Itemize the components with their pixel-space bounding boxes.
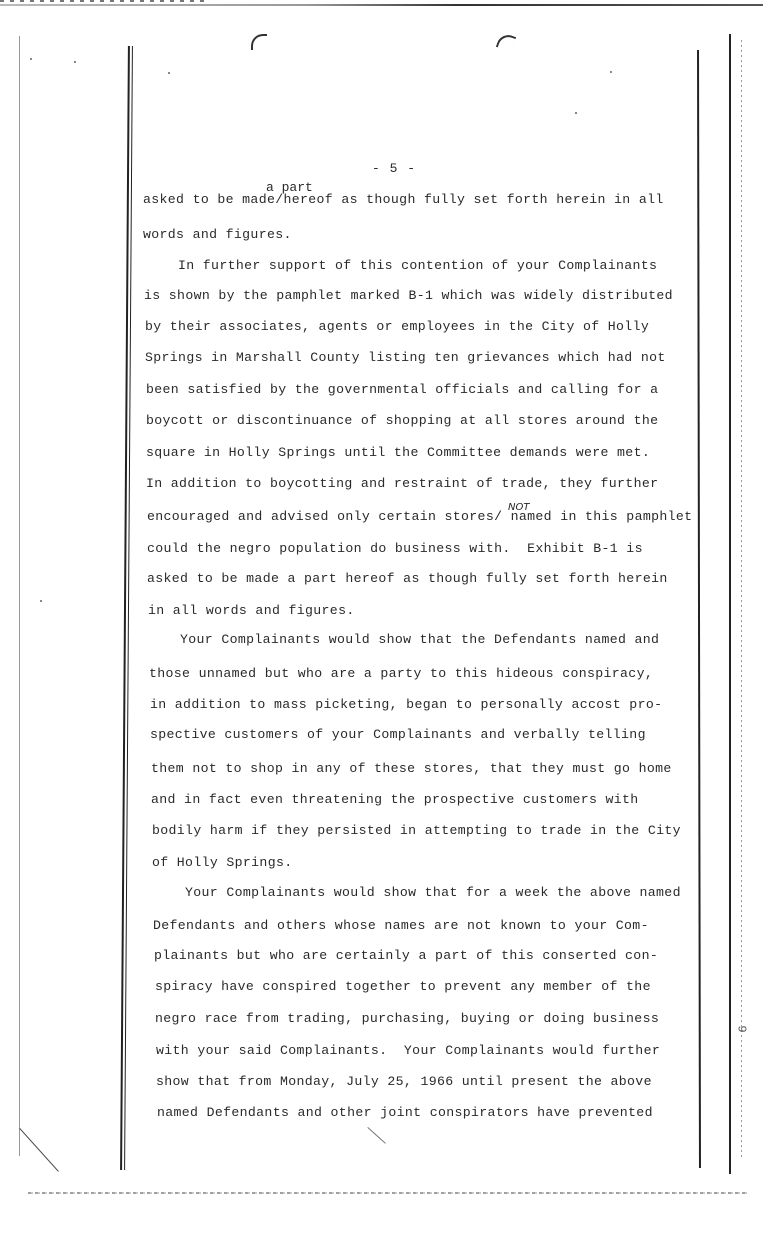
- binding-hole-mark-right: [496, 32, 517, 53]
- text-line: show that from Monday, July 25, 1966 unt…: [156, 1074, 652, 1089]
- text-line: words and figures.: [143, 227, 292, 242]
- binding-hole-mark-left: [251, 34, 267, 50]
- scan-diagonal-stroke: [19, 1128, 59, 1172]
- text-line: in addition to mass picketing, began to …: [150, 697, 662, 712]
- text-line: bodily harm if they persisted in attempt…: [152, 823, 681, 838]
- scan-mark: [367, 1127, 386, 1144]
- outer-left-rule: [19, 36, 20, 1156]
- text-line: In further support of this contention of…: [178, 258, 657, 273]
- text-line: could the negro population do business w…: [147, 541, 643, 556]
- text-line: of Holly Springs.: [152, 855, 292, 870]
- margin-annotation: 9: [735, 1025, 749, 1032]
- right-margin-rule-b: [729, 34, 731, 1174]
- text-line: and in fact even threatening the prospec…: [151, 792, 639, 807]
- text-line: spective customers of your Complainants …: [150, 727, 646, 742]
- text-line: square in Holly Springs until the Commit…: [146, 445, 650, 460]
- text-line: plainants but who are certainly a part o…: [154, 948, 658, 963]
- text-line: spiracy have conspired together to preve…: [155, 979, 651, 994]
- text-line: encouraged and advised only certain stor…: [147, 509, 692, 524]
- text-line: been satisfied by the governmental offic…: [146, 382, 658, 397]
- text-line: them not to shop in any of these stores,…: [151, 761, 672, 776]
- text-line: Your Complainants would show that the De…: [180, 632, 659, 647]
- scan-top-edge: [0, 4, 763, 6]
- text-line: Your Complainants would show that for a …: [185, 885, 681, 900]
- text-line: by their associates, agents or employees…: [145, 319, 649, 334]
- text-line: Defendants and others whose names are no…: [153, 918, 649, 933]
- text-line: asked to be made a part hereof as though…: [147, 571, 668, 586]
- text-line: with your said Complainants. Your Compla…: [156, 1043, 660, 1058]
- text-line: is shown by the pamphlet marked B-1 whic…: [144, 288, 673, 303]
- text-line: negro race from trading, purchasing, buy…: [155, 1011, 659, 1026]
- right-margin-rule-a: [697, 50, 701, 1168]
- text-line: Springs in Marshall County listing ten g…: [145, 350, 666, 365]
- scan-speck: [610, 71, 612, 73]
- text-line: boycott or discontinuance of shopping at…: [146, 413, 658, 428]
- page-number: - 5 -: [372, 161, 416, 176]
- scan-speck: [168, 72, 170, 74]
- scan-speck: [30, 58, 32, 60]
- text-line: in all words and figures.: [148, 603, 355, 618]
- scan-bottom-edge: [28, 1192, 748, 1194]
- text-line: those unnamed but who are a party to thi…: [149, 666, 653, 681]
- text-line: In addition to boycotting and restraint …: [146, 476, 658, 491]
- text-line: asked to be made/hereof as though fully …: [143, 192, 664, 207]
- scan-speck: [40, 600, 42, 602]
- text-line: named Defendants and other joint conspir…: [157, 1105, 653, 1120]
- right-edge-dotted-rule: [741, 40, 742, 1160]
- scan-edge-dots: [0, 0, 210, 2]
- scan-speck: [575, 112, 577, 114]
- scan-speck: [74, 61, 76, 63]
